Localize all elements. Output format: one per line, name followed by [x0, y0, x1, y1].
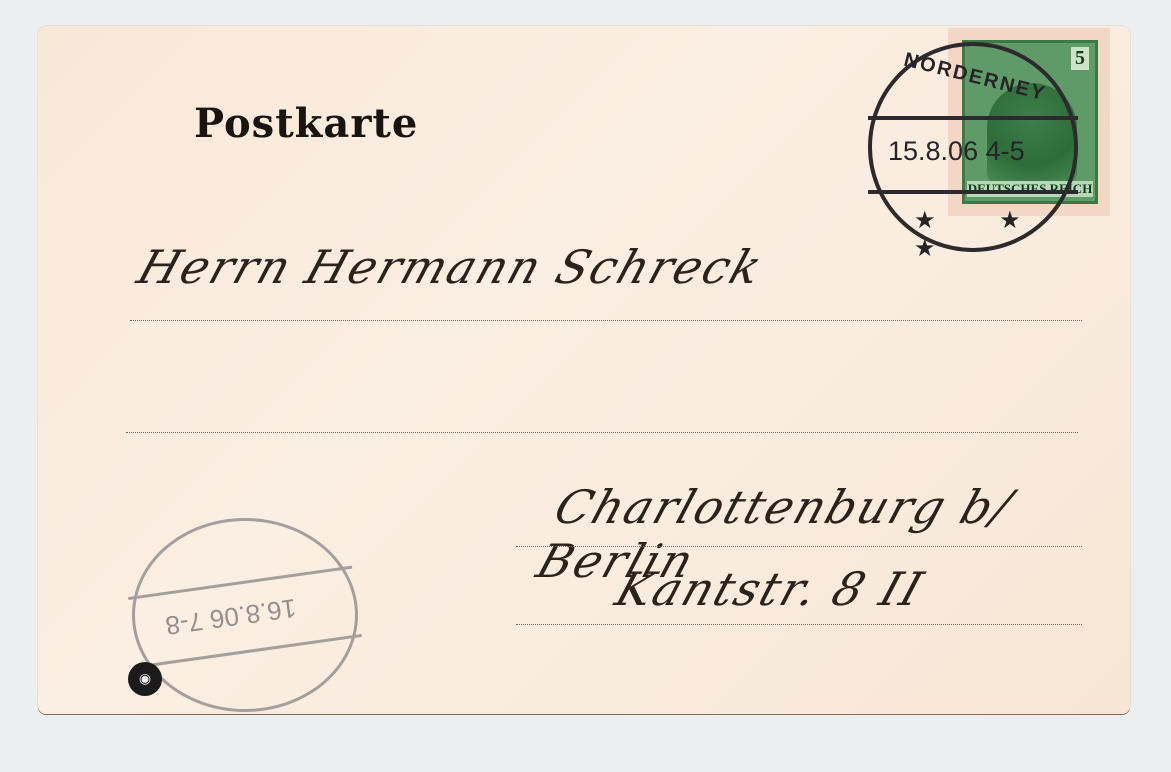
- address-line-street: Kantstr. 8 II: [609, 562, 931, 616]
- postcard-heading: Postkarte: [194, 100, 418, 147]
- stamp-value: 5: [1071, 47, 1089, 70]
- postmark-stars-icon: ★ ★ ★: [914, 206, 1074, 262]
- address-line-recipient: Herrn Hermann Schreck: [131, 240, 770, 294]
- postmark-date: 15.8.06 4-5: [888, 136, 1025, 167]
- arrival-postmark: 16.8.06 7-8: [132, 518, 358, 712]
- publisher-logo-icon: ◉: [128, 662, 162, 696]
- address-rule-2: [126, 432, 1078, 433]
- postmark-town: NORDERNEY: [901, 49, 1048, 107]
- origin-postmark: NORDERNEY 15.8.06 4-5 ★ ★ ★: [868, 42, 1078, 252]
- address-rule-1: [130, 320, 1082, 321]
- address-rule-4: [516, 624, 1082, 625]
- address-rule-3: [516, 546, 1082, 547]
